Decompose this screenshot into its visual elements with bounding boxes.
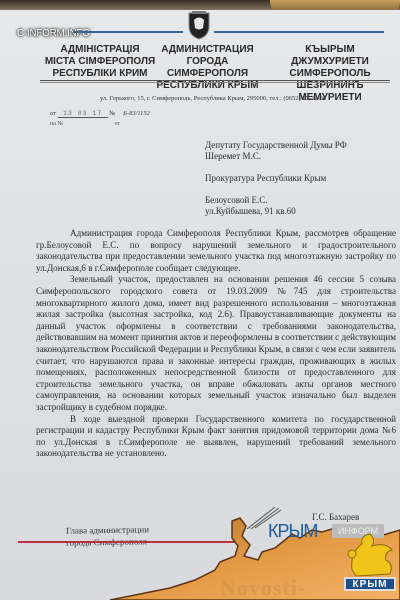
krym-inform-logo: КРЫМ bbox=[268, 521, 317, 542]
torn-paper-overlay bbox=[0, 0, 400, 600]
krym-badge-label: КРЫМ bbox=[344, 577, 396, 591]
novosti-watermark: Novosti- bbox=[220, 575, 306, 600]
